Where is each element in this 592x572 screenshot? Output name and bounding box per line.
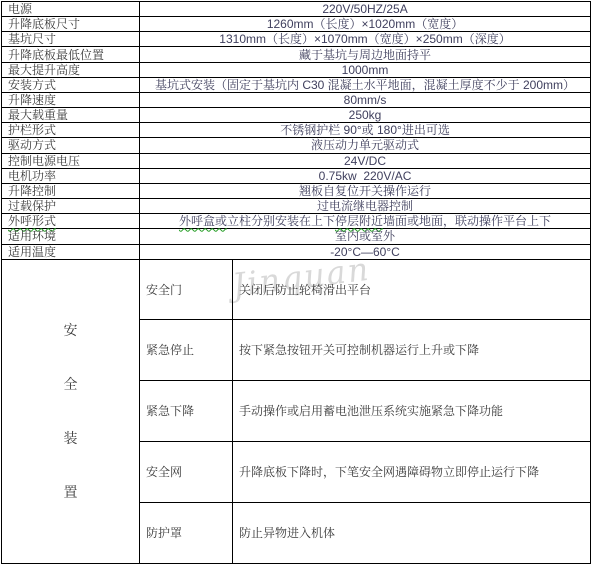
spec-value: 外呼盒或立柱分别安装在上下停层附近墙面或地面，联动操作平台上下: [140, 214, 591, 229]
spec-row-speed: 升降速度 80mm/s: [2, 92, 591, 107]
spec-row-pit-size: 基坑尺寸 1310mm（长度）×1070mm（宽度）×250mm（深度）: [2, 32, 591, 47]
spec-label: 过载保护: [2, 199, 140, 214]
spec-row-drive: 驱动方式 液压动力单元驱动式: [2, 138, 591, 153]
spec-label: 控制电源电压: [2, 153, 140, 168]
spec-row-call-box: 外呼形式 外呼盒或立柱分别安装在上下停层附近墙面或地面，联动操作平台上下: [2, 214, 591, 229]
spec-label: 升降速度: [2, 92, 140, 107]
spec-label: 升降控制: [2, 183, 140, 198]
spec-label: 最大提升高度: [2, 62, 140, 77]
spellcheck-underlined-text: 外呼形式: [8, 214, 56, 228]
group-char: 安: [8, 317, 133, 343]
safety-item-name: 紧急下降: [140, 381, 233, 442]
spec-value: 室内或室外: [140, 229, 591, 244]
spec-row-lift-control: 升降控制 翘板自复位开关操作运行: [2, 183, 591, 198]
spec-value: 80mm/s: [140, 92, 591, 107]
safety-item-name: 防护罩: [140, 502, 233, 563]
safety-item-desc: 关闭后防止轮椅滑出平台: [233, 259, 591, 320]
group-char: 全: [8, 371, 133, 397]
safety-item-desc: 按下紧急按钮开关可控制机器运行上升或下降: [233, 320, 591, 381]
spellcheck-underlined-text: 外呼盒或: [179, 214, 227, 228]
spec-value: 220V/50HZ/25A: [140, 2, 591, 17]
spec-label: 安装方式: [2, 77, 140, 92]
spec-row-guardrail: 护栏形式 不锈钢护栏 90°或 180°进出可选: [2, 123, 591, 138]
spellcheck-underlined-text: 停层附近: [335, 214, 383, 228]
spec-row-max-load: 最大载重量 250kg: [2, 108, 591, 123]
safety-item-desc: 防止异物进入机体: [233, 502, 591, 563]
spec-label: 外呼形式: [2, 214, 140, 229]
safety-row-door: 安 全 装 置 安全门 关闭后防止轮椅滑出平台: [2, 259, 591, 320]
spec-row-platform-size: 升降底板尺寸 1260mm（长度）×1020mm（宽度）: [2, 17, 591, 32]
spec-label: 驱动方式: [2, 138, 140, 153]
safety-group-vertical-text: 安 全 装 置: [8, 289, 133, 533]
spec-label: 护栏形式: [2, 123, 140, 138]
safety-item-desc: 升降底板下降时，下笔安全网遇障碍物立即停止运行下降: [233, 442, 591, 503]
safety-item-name: 安全网: [140, 442, 233, 503]
safety-group-label: 安 全 装 置: [2, 259, 140, 563]
spec-row-environment: 适用环境 室内或室外: [2, 229, 591, 244]
spec-value: 翘板自复位开关操作运行: [140, 183, 591, 198]
spec-value: 基坑式安装（固定于基坑内 C30 混凝土水平地面，混凝土厚度不少于 200mm）: [140, 77, 591, 92]
spec-label: 升降底板最低位置: [2, 47, 140, 62]
spec-value: 液压动力单元驱动式: [140, 138, 591, 153]
spec-row-install: 安装方式 基坑式安装（固定于基坑内 C30 混凝土水平地面，混凝土厚度不少于 2…: [2, 77, 591, 92]
spec-value: 1310mm（长度）×1070mm（宽度）×250mm（深度）: [140, 32, 591, 47]
spec-row-temperature: 适用温度 -20°C—60°C: [2, 244, 591, 259]
spec-label: 基坑尺寸: [2, 32, 140, 47]
spec-value: 24V/DC: [140, 153, 591, 168]
spec-value: 1260mm（长度）×1020mm（宽度）: [140, 17, 591, 32]
value-text: 立柱分别安装在上下: [227, 214, 335, 228]
spec-value: -20°C—60°C: [140, 244, 591, 259]
spec-label: 电机功率: [2, 168, 140, 183]
spec-label: 适用环境: [2, 229, 140, 244]
spec-value: 藏于基坑与周边地面持平: [140, 47, 591, 62]
spec-row-power: 电源 220V/50HZ/25A: [2, 2, 591, 17]
spec-value: 1000mm: [140, 62, 591, 77]
spec-label: 适用温度: [2, 244, 140, 259]
spec-value: 0.75kw 220V/AC: [140, 168, 591, 183]
safety-item-desc: 手动操作或启用蓄电池泄压系统实施紧急下降功能: [233, 381, 591, 442]
spec-row-control-voltage: 控制电源电压 24V/DC: [2, 153, 591, 168]
spec-table: 电源 220V/50HZ/25A 升降底板尺寸 1260mm（长度）×1020m…: [1, 1, 591, 564]
spec-label: 最大载重量: [2, 108, 140, 123]
spec-label: 升降底板尺寸: [2, 17, 140, 32]
spec-value: 不锈钢护栏 90°或 180°进出可选: [140, 123, 591, 138]
safety-item-name: 紧急停止: [140, 320, 233, 381]
spec-row-max-height: 最大提升高度 1000mm: [2, 62, 591, 77]
spec-row-overload: 过载保护 过电流继电器控制: [2, 199, 591, 214]
value-text: 墙面或地面，联动操作平台上下: [383, 214, 551, 228]
spec-row-motor-power: 电机功率 0.75kw 220V/AC: [2, 168, 591, 183]
spec-value: 过电流继电器控制: [140, 199, 591, 214]
safety-item-name: 安全门: [140, 259, 233, 320]
spec-page: Jinquan 电源 220V/50HZ/25A 升降底板尺寸 1260mm（长…: [0, 0, 592, 572]
group-char: 置: [8, 479, 133, 505]
group-char: 装: [8, 425, 133, 451]
spec-row-lowest-position: 升降底板最低位置 藏于基坑与周边地面持平: [2, 47, 591, 62]
spec-value: 250kg: [140, 108, 591, 123]
spec-label: 电源: [2, 2, 140, 17]
